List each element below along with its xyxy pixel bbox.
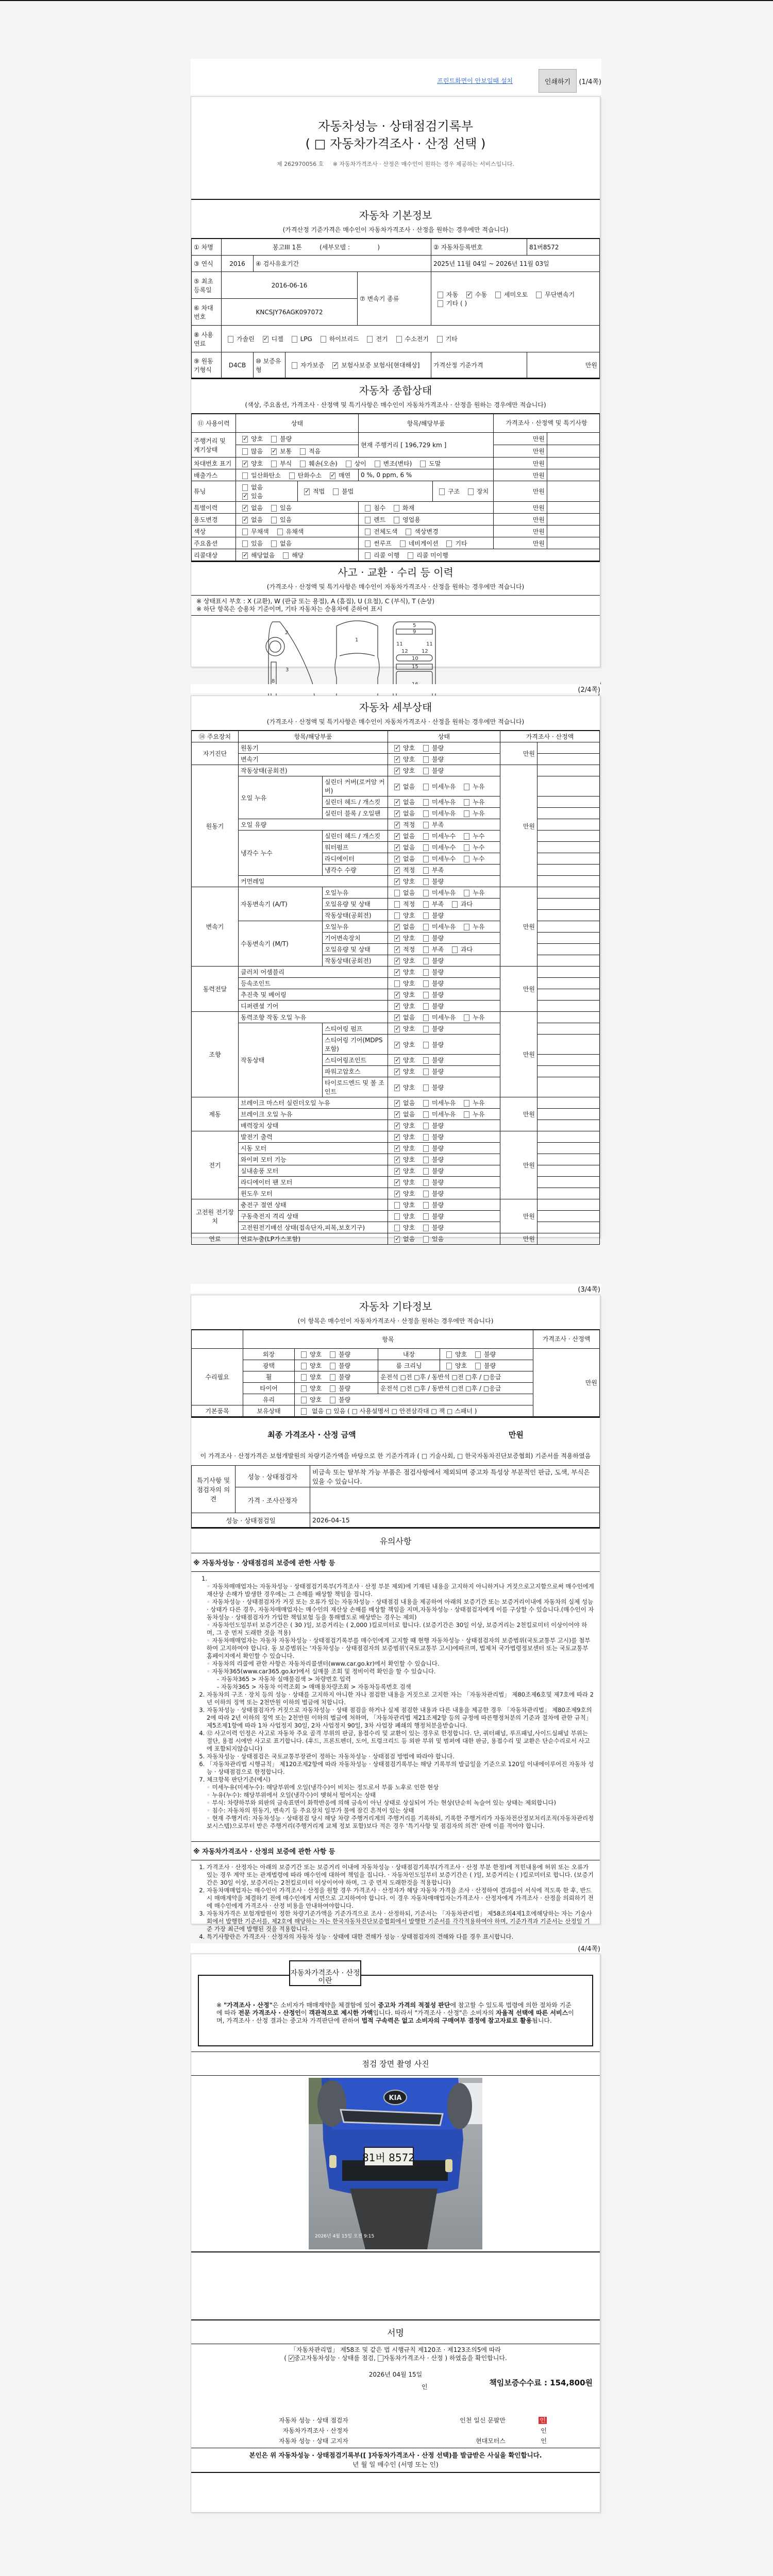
checkbox-option[interactable]: 가솔린 bbox=[224, 335, 255, 343]
checkbox[interactable] bbox=[394, 992, 400, 998]
checkbox-option[interactable]: 적정 bbox=[390, 821, 415, 828]
checkbox-option[interactable]: 부족 bbox=[419, 867, 444, 874]
checkbox-option[interactable]: 누유 bbox=[460, 783, 484, 790]
checkbox-option[interactable]: 양호 bbox=[390, 1145, 415, 1152]
checkbox[interactable] bbox=[468, 488, 474, 495]
checkbox[interactable] bbox=[394, 1168, 400, 1175]
checkbox[interactable] bbox=[330, 1385, 335, 1392]
checkbox[interactable] bbox=[394, 1042, 400, 1048]
checkbox[interactable] bbox=[394, 768, 400, 774]
checkbox-option[interactable]: 도말 bbox=[416, 460, 441, 467]
checkbox[interactable] bbox=[423, 1145, 429, 1152]
checkbox[interactable] bbox=[365, 517, 371, 523]
checkbox[interactable] bbox=[423, 1026, 429, 1032]
checkbox-option[interactable]: 양호 bbox=[390, 969, 415, 976]
checkbox-option[interactable]: 미세누유 bbox=[419, 923, 456, 930]
checkbox-option[interactable]: 없음 bbox=[390, 1099, 415, 1107]
checkbox-option[interactable]: 양호 bbox=[238, 460, 263, 467]
checkbox-option[interactable]: 적정 bbox=[390, 946, 415, 953]
checkbox[interactable] bbox=[423, 1202, 429, 1209]
checkbox-option[interactable]: 없음 bbox=[390, 844, 415, 851]
checkbox[interactable] bbox=[423, 878, 429, 885]
checkbox-option[interactable]: 양호 bbox=[390, 1133, 415, 1141]
checkbox-option[interactable]: 없음 bbox=[390, 923, 415, 930]
checkbox[interactable] bbox=[423, 1225, 429, 1231]
checkbox[interactable] bbox=[367, 336, 373, 343]
checkbox-option[interactable]: 양호 bbox=[390, 935, 415, 942]
checkbox[interactable] bbox=[423, 844, 429, 851]
checkbox[interactable] bbox=[423, 946, 429, 953]
checkbox[interactable] bbox=[438, 300, 443, 307]
checkbox[interactable] bbox=[394, 1003, 400, 1010]
checkbox[interactable] bbox=[464, 799, 469, 806]
checkbox[interactable] bbox=[321, 336, 326, 343]
checkbox-option[interactable]: 불량 bbox=[326, 1351, 350, 1358]
checkbox-option[interactable]: 불량 bbox=[419, 744, 444, 752]
checkbox[interactable] bbox=[400, 540, 406, 547]
checkbox-option[interactable]: 보통 bbox=[267, 448, 292, 455]
checkbox-option[interactable]: 해당없음 bbox=[238, 552, 275, 559]
checkbox[interactable] bbox=[346, 461, 351, 467]
checkbox[interactable] bbox=[464, 833, 469, 840]
checkbox-option[interactable]: 미세누유 bbox=[419, 783, 456, 790]
checkbox-option[interactable]: 미세누유 bbox=[419, 1111, 456, 1118]
checkbox[interactable] bbox=[396, 336, 402, 343]
checkbox-option[interactable]: 불량 bbox=[419, 767, 444, 774]
checkbox-option[interactable]: 미세누유 bbox=[419, 810, 456, 817]
checkbox[interactable] bbox=[394, 1157, 400, 1163]
checkbox[interactable] bbox=[394, 901, 400, 908]
checkbox-option[interactable]: 불량 bbox=[419, 1068, 444, 1075]
checkbox[interactable] bbox=[242, 529, 248, 535]
checkbox-option[interactable]: 하이브리드 bbox=[316, 335, 359, 343]
checkbox-option[interactable]: 일산화탄소 bbox=[238, 472, 281, 479]
checkbox-option[interactable]: 있음 bbox=[238, 493, 263, 500]
checkbox[interactable] bbox=[365, 529, 371, 535]
checkbox-option[interactable]: 양호 bbox=[390, 756, 415, 763]
checkbox-option[interactable]: 양호 bbox=[390, 1201, 415, 1209]
checkbox-option[interactable]: 양호 bbox=[390, 1213, 415, 1220]
checkbox-option[interactable]: 상이 bbox=[342, 460, 366, 467]
checkbox-option[interactable]: 무채색 bbox=[238, 528, 269, 535]
checkbox[interactable] bbox=[423, 1014, 429, 1021]
checkbox[interactable] bbox=[365, 552, 371, 559]
checkbox[interactable] bbox=[271, 448, 277, 455]
checkbox-option[interactable]: 기타 ( ) bbox=[433, 300, 467, 307]
checkbox[interactable] bbox=[423, 784, 429, 790]
checkbox-option[interactable]: 양호 bbox=[442, 1351, 467, 1358]
checkbox[interactable] bbox=[242, 448, 248, 455]
checkbox[interactable] bbox=[394, 878, 400, 885]
checkbox[interactable] bbox=[394, 1145, 400, 1152]
checkbox[interactable] bbox=[330, 1397, 335, 1403]
checkbox-option[interactable]: 양호 bbox=[390, 1003, 415, 1010]
checkbox-option[interactable]: 양호 bbox=[390, 744, 415, 752]
checkbox[interactable] bbox=[242, 517, 248, 523]
checkbox-option[interactable]: 훼손(오손) bbox=[296, 460, 338, 467]
checkbox[interactable] bbox=[394, 1026, 400, 1032]
checkbox-option[interactable]: 유채색 bbox=[273, 528, 304, 535]
checkbox-option[interactable]: 부식 bbox=[267, 460, 292, 467]
checkbox[interactable] bbox=[242, 505, 248, 512]
checkbox-option[interactable]: 보험사보증 보험사[현대해상] bbox=[328, 362, 419, 369]
checkbox[interactable] bbox=[242, 472, 248, 479]
checkbox-option[interactable]: 썬루프 bbox=[361, 540, 392, 547]
checkbox-option[interactable]: 불량 bbox=[419, 1133, 444, 1141]
checkbox[interactable] bbox=[394, 1225, 400, 1231]
checkbox-option[interactable]: 장치 bbox=[464, 488, 489, 495]
checkbox-option[interactable]: 불량 bbox=[419, 1167, 444, 1175]
checkbox-option[interactable]: 양호 bbox=[390, 1167, 415, 1175]
checkbox-option[interactable]: 미세누수 bbox=[419, 855, 456, 862]
checkbox[interactable] bbox=[394, 1057, 400, 1064]
checkbox-option[interactable]: 불량 bbox=[419, 1224, 444, 1231]
checkbox[interactable] bbox=[394, 1084, 400, 1091]
checkbox[interactable] bbox=[464, 1014, 469, 1021]
checkbox-option[interactable]: 수소전기 bbox=[392, 335, 429, 343]
checkbox[interactable] bbox=[394, 1123, 400, 1129]
checkbox[interactable] bbox=[423, 1084, 429, 1091]
checkbox-option[interactable]: 화재 bbox=[390, 504, 414, 512]
checkbox[interactable] bbox=[464, 784, 469, 790]
checkbox-option[interactable]: 불량 bbox=[326, 1396, 350, 1403]
checkbox[interactable] bbox=[394, 958, 400, 964]
checkbox-option[interactable]: 누수 bbox=[460, 855, 484, 862]
checkbox[interactable] bbox=[437, 336, 443, 343]
checkbox-option[interactable]: 누유 bbox=[460, 889, 484, 896]
checkbox-option[interactable]: 해당 bbox=[279, 552, 304, 559]
print-help-link[interactable]: 프린트화면이 안보일때 설치 bbox=[437, 76, 513, 85]
checkbox[interactable] bbox=[394, 844, 400, 851]
checkbox[interactable] bbox=[423, 799, 429, 806]
checkbox[interactable] bbox=[464, 924, 469, 930]
checkbox[interactable] bbox=[301, 1385, 307, 1392]
checkbox-option[interactable]: 양호 bbox=[390, 991, 415, 998]
checkbox[interactable] bbox=[394, 912, 400, 919]
checkbox-option[interactable]: 양호 bbox=[442, 1362, 467, 1369]
checkbox-option[interactable]: 불량 bbox=[419, 1084, 444, 1091]
checkbox-option[interactable]: 렌트 bbox=[361, 516, 385, 523]
checkbox[interactable] bbox=[423, 1100, 429, 1107]
checkbox[interactable] bbox=[423, 1069, 429, 1075]
checkbox-option[interactable]: 불량 bbox=[419, 1156, 444, 1163]
checkbox[interactable] bbox=[394, 1179, 400, 1186]
checkbox[interactable] bbox=[394, 867, 400, 874]
checkbox-option[interactable]: 양호 bbox=[390, 1057, 415, 1064]
checkbox[interactable] bbox=[394, 1014, 400, 1021]
checkbox[interactable] bbox=[423, 856, 429, 862]
checkbox[interactable] bbox=[423, 1236, 429, 1243]
checkbox-option[interactable]: 없음 bbox=[390, 783, 415, 790]
checkbox-option[interactable]: 전기 bbox=[363, 335, 388, 343]
checkbox[interactable] bbox=[332, 362, 338, 369]
checkbox-option[interactable]: 누유 bbox=[460, 1111, 484, 1118]
checkbox[interactable] bbox=[446, 1351, 452, 1358]
checkbox-option[interactable]: 양호 bbox=[390, 1068, 415, 1075]
checkbox-option[interactable]: 양호 bbox=[390, 1084, 415, 1091]
checkbox-option[interactable]: 불량 bbox=[419, 957, 444, 964]
checkbox-option[interactable]: 없음 bbox=[390, 855, 415, 862]
checkbox-option[interactable]: 양호 bbox=[390, 767, 415, 774]
checkbox[interactable] bbox=[394, 924, 400, 930]
checkbox[interactable] bbox=[464, 890, 469, 896]
checkbox[interactable] bbox=[378, 2355, 383, 2362]
checkbox-option[interactable]: 양호 bbox=[297, 1362, 322, 1369]
checkbox[interactable] bbox=[333, 488, 339, 495]
checkbox-option[interactable]: 불량 bbox=[419, 1213, 444, 1220]
checkbox[interactable] bbox=[365, 505, 371, 512]
checkbox-option[interactable]: 리콜 이행 bbox=[361, 552, 399, 559]
checkbox[interactable] bbox=[423, 745, 429, 752]
checkbox-option[interactable]: 없음 bbox=[390, 799, 415, 806]
checkbox[interactable] bbox=[536, 292, 542, 298]
checkbox[interactable] bbox=[228, 336, 233, 343]
checkbox[interactable] bbox=[423, 1042, 429, 1048]
checkbox[interactable] bbox=[464, 856, 469, 862]
checkbox-option[interactable]: 적법 bbox=[300, 488, 325, 495]
checkbox[interactable] bbox=[394, 980, 400, 987]
checkbox-option[interactable]: 불량 bbox=[419, 1179, 444, 1186]
checkbox[interactable] bbox=[423, 935, 429, 942]
checkbox[interactable] bbox=[475, 1363, 481, 1369]
checkbox-option[interactable]: 많음 bbox=[238, 448, 263, 455]
checkbox-option[interactable]: 변조(변타) bbox=[371, 460, 412, 467]
checkbox[interactable] bbox=[271, 436, 277, 443]
checkbox-option[interactable]: 미세누유 bbox=[419, 1099, 456, 1107]
checkbox-option[interactable]: 양호 bbox=[390, 1190, 415, 1197]
checkbox-option[interactable]: 양호 bbox=[297, 1385, 322, 1392]
checkbox-option[interactable]: 색상변경 bbox=[401, 528, 438, 535]
checkbox[interactable] bbox=[394, 833, 400, 840]
checkbox-option[interactable]: 전체도색 bbox=[361, 528, 397, 535]
checkbox-option[interactable]: 없음 bbox=[390, 1014, 415, 1021]
checkbox[interactable] bbox=[271, 517, 277, 523]
checkbox-option[interactable]: 기타 bbox=[433, 335, 458, 343]
checkbox-option[interactable]: 세미오토 bbox=[491, 291, 528, 298]
checkbox[interactable] bbox=[242, 493, 248, 500]
checkbox-option[interactable]: 없음 bbox=[390, 1235, 415, 1243]
checkbox-option[interactable] bbox=[297, 1408, 310, 1415]
checkbox[interactable] bbox=[292, 336, 297, 343]
checkbox[interactable] bbox=[330, 1363, 335, 1369]
checkbox-option[interactable]: 있음 bbox=[267, 504, 292, 512]
checkbox-option[interactable]: 불량 bbox=[267, 435, 292, 443]
checkbox-option[interactable]: 불량 bbox=[326, 1385, 350, 1392]
checkbox[interactable] bbox=[271, 461, 277, 467]
checkbox-option[interactable]: 불량 bbox=[419, 1057, 444, 1064]
checkbox-option[interactable]: 불량 bbox=[419, 1190, 444, 1197]
checkbox-option[interactable]: 기타 bbox=[442, 540, 467, 547]
checkbox[interactable] bbox=[423, 992, 429, 998]
checkbox[interactable] bbox=[242, 484, 248, 491]
checkbox[interactable] bbox=[330, 1374, 335, 1381]
checkbox[interactable] bbox=[394, 517, 399, 523]
checkbox-option[interactable]: 불량 bbox=[419, 980, 444, 987]
checkbox[interactable] bbox=[394, 784, 400, 790]
checkbox-option[interactable]: 양호 bbox=[297, 1351, 322, 1358]
checkbox[interactable] bbox=[271, 540, 277, 547]
checkbox[interactable] bbox=[452, 946, 458, 953]
checkbox[interactable] bbox=[394, 969, 400, 976]
checkbox[interactable] bbox=[394, 856, 400, 862]
checkbox-option[interactable]: 불량 bbox=[419, 1122, 444, 1129]
checkbox[interactable] bbox=[420, 461, 426, 467]
checkbox-option[interactable]: 불량 bbox=[419, 1145, 444, 1152]
checkbox[interactable] bbox=[301, 1408, 307, 1415]
checkbox[interactable] bbox=[289, 472, 295, 479]
checkbox-option[interactable]: 누유 bbox=[460, 799, 484, 806]
checkbox[interactable] bbox=[464, 1111, 469, 1118]
checkbox-option[interactable]: 부족 bbox=[419, 901, 444, 908]
checkbox-option[interactable]: 디젤 bbox=[259, 335, 283, 343]
checkbox[interactable] bbox=[301, 1374, 307, 1381]
checkbox-option[interactable]: 없음 bbox=[390, 1111, 415, 1118]
checkbox[interactable] bbox=[423, 756, 429, 763]
checkbox-option[interactable]: 양호 bbox=[390, 1025, 415, 1032]
checkbox[interactable] bbox=[423, 768, 429, 774]
checkbox[interactable] bbox=[423, 969, 429, 976]
checkbox[interactable] bbox=[423, 822, 429, 828]
checkbox-option[interactable]: 양호 bbox=[390, 912, 415, 919]
checkbox-option[interactable]: 있음 bbox=[419, 1235, 444, 1243]
checkbox-option[interactable]: 양호 bbox=[390, 878, 415, 885]
checkbox[interactable] bbox=[423, 1003, 429, 1010]
checkbox-option[interactable]: 미세누수 bbox=[419, 833, 456, 840]
checkbox[interactable] bbox=[394, 799, 400, 806]
checkbox-option[interactable]: 무단변속기 bbox=[532, 291, 575, 298]
checkbox[interactable] bbox=[394, 505, 399, 512]
checkbox-option[interactable]: 양호 bbox=[238, 435, 263, 443]
checkbox-option[interactable]: 자가보증 bbox=[288, 362, 324, 369]
checkbox[interactable] bbox=[439, 488, 445, 495]
checkbox[interactable] bbox=[495, 292, 501, 298]
checkbox[interactable] bbox=[423, 1168, 429, 1175]
checkbox-option[interactable]: 불량 bbox=[419, 756, 444, 763]
checkbox-option[interactable]: 자동 bbox=[433, 291, 458, 298]
checkbox[interactable] bbox=[394, 1213, 400, 1220]
checkbox-option[interactable]: 양호 bbox=[390, 1122, 415, 1129]
checkbox[interactable] bbox=[394, 1191, 400, 1197]
checkbox-option[interactable]: 누유 bbox=[460, 1014, 484, 1021]
checkbox-option[interactable]: 적음 bbox=[296, 448, 321, 455]
checkbox[interactable] bbox=[423, 1179, 429, 1186]
checkbox-option[interactable]: 과다 bbox=[448, 901, 473, 908]
checkbox-option[interactable]: 양호 bbox=[390, 1224, 415, 1231]
checkbox[interactable] bbox=[423, 1123, 429, 1129]
checkbox-option[interactable]: 불량 bbox=[419, 969, 444, 976]
checkbox[interactable] bbox=[330, 1351, 335, 1358]
checkbox-option[interactable]: 없음 bbox=[390, 889, 415, 896]
checkbox-option[interactable]: 양호 bbox=[390, 1179, 415, 1186]
checkbox-option[interactable]: 불법 bbox=[329, 488, 354, 495]
checkbox-option[interactable]: 부족 bbox=[419, 946, 444, 953]
checkbox[interactable] bbox=[394, 1069, 400, 1075]
checkbox[interactable] bbox=[394, 745, 400, 752]
checkbox-option[interactable]: 불량 bbox=[419, 1201, 444, 1209]
checkbox[interactable] bbox=[394, 1202, 400, 1209]
checkbox[interactable] bbox=[423, 912, 429, 919]
checkbox[interactable] bbox=[464, 810, 469, 817]
checkbox-option[interactable]: 리콜 미이행 bbox=[404, 552, 448, 559]
checkbox-option[interactable]: 없음 bbox=[238, 516, 263, 523]
checkbox[interactable] bbox=[300, 461, 306, 467]
checkbox-option[interactable]: 미세누유 bbox=[419, 1014, 456, 1021]
checkbox-option[interactable]: 누수 bbox=[460, 833, 484, 840]
checkbox-option[interactable]: 영업용 bbox=[390, 516, 421, 523]
checkbox[interactable] bbox=[242, 540, 248, 547]
checkbox[interactable] bbox=[271, 505, 277, 512]
checkbox-option[interactable]: 네비게이션 bbox=[396, 540, 439, 547]
checkbox-option[interactable]: 불량 bbox=[326, 1362, 350, 1369]
checkbox[interactable] bbox=[446, 1363, 452, 1369]
checkbox-option[interactable]: 과다 bbox=[448, 946, 473, 953]
checkbox[interactable] bbox=[394, 1236, 400, 1243]
checkbox[interactable] bbox=[394, 1134, 400, 1141]
checkbox[interactable] bbox=[423, 1057, 429, 1064]
checkbox[interactable] bbox=[406, 529, 411, 535]
checkbox[interactable] bbox=[394, 1100, 400, 1107]
checkbox-option[interactable]: 누유 bbox=[460, 923, 484, 930]
checkbox[interactable] bbox=[394, 946, 400, 953]
checkbox-option[interactable]: 미세누수 bbox=[419, 844, 456, 851]
checkbox-option[interactable]: 침수 bbox=[361, 504, 385, 512]
checkbox-option[interactable]: 양호 bbox=[390, 1041, 415, 1048]
checkbox-option[interactable]: 구조 bbox=[435, 488, 460, 495]
checkbox-option[interactable]: 불량 bbox=[419, 878, 444, 885]
checkbox[interactable] bbox=[394, 810, 400, 817]
checkbox-option[interactable]: LPG bbox=[288, 335, 312, 343]
checkbox[interactable] bbox=[330, 472, 335, 479]
checkbox-option[interactable]: 누유 bbox=[460, 810, 484, 817]
checkbox[interactable] bbox=[301, 1363, 307, 1369]
checkbox[interactable] bbox=[394, 1111, 400, 1118]
checkbox-option[interactable]: 불량 bbox=[419, 1003, 444, 1010]
checkbox-option[interactable]: 불량 bbox=[419, 1041, 444, 1048]
checkbox[interactable] bbox=[466, 292, 472, 298]
checkbox[interactable] bbox=[301, 1397, 307, 1403]
checkbox-option[interactable]: 적정 bbox=[390, 901, 415, 908]
checkbox[interactable] bbox=[292, 362, 297, 369]
checkbox[interactable] bbox=[423, 1134, 429, 1141]
checkbox[interactable] bbox=[301, 1351, 307, 1358]
checkbox-option[interactable]: 불량 bbox=[471, 1362, 496, 1369]
checkbox[interactable] bbox=[394, 890, 400, 896]
checkbox[interactable] bbox=[423, 1213, 429, 1220]
checkbox-option[interactable]: 없음 bbox=[238, 484, 263, 491]
checkbox-option[interactable]: 양호 bbox=[297, 1374, 322, 1381]
checkbox[interactable] bbox=[423, 833, 429, 840]
checkbox-option[interactable]: 불량 bbox=[419, 991, 444, 998]
checkbox[interactable] bbox=[464, 1100, 469, 1107]
checkbox-option[interactable]: 양호 bbox=[390, 957, 415, 964]
checkbox[interactable] bbox=[394, 756, 400, 763]
checkbox[interactable] bbox=[263, 336, 268, 343]
checkbox-option[interactable]: 없음 bbox=[390, 833, 415, 840]
checkbox[interactable] bbox=[277, 529, 283, 535]
checkbox[interactable] bbox=[438, 292, 443, 298]
checkbox[interactable] bbox=[289, 2355, 294, 2362]
checkbox[interactable] bbox=[394, 822, 400, 828]
checkbox[interactable] bbox=[452, 901, 458, 908]
checkbox-option[interactable]: 미세누유 bbox=[419, 799, 456, 806]
checkbox[interactable] bbox=[423, 867, 429, 874]
checkbox[interactable] bbox=[475, 1351, 481, 1358]
checkbox[interactable] bbox=[423, 890, 429, 896]
checkbox[interactable] bbox=[242, 436, 248, 443]
checkbox[interactable] bbox=[394, 935, 400, 942]
checkbox-option[interactable]: 없음 bbox=[390, 810, 415, 817]
checkbox-option[interactable]: 양호 bbox=[390, 980, 415, 987]
